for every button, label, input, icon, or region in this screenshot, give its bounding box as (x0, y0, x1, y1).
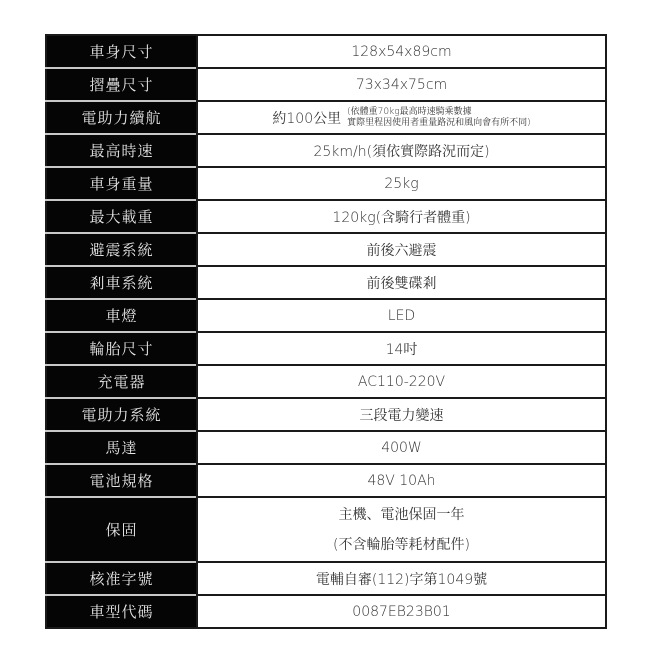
row-label: 車型代碼 (46, 595, 197, 628)
table-row-weight: 車身重量 25kg (46, 167, 606, 200)
table-row-warranty: 保固 主機、電池保固一年 (不含輪胎等耗材配件) (46, 497, 606, 562)
range-note-line2: 實際里程因使用者重量路況和風向會有所不同) (347, 118, 531, 128)
row-value: 主機、電池保固一年 (不含輪胎等耗材配件) (197, 497, 606, 562)
row-label: 最大載重 (46, 200, 197, 233)
table-row-brakes: 剎車系統 前後雙碟剎 (46, 266, 606, 299)
range-note-line1: (依體重70kg最高時速騎乘數據 (347, 107, 472, 117)
table-row-body-size: 車身尺寸 128x54x89cm (46, 35, 606, 68)
row-label: 電助力續航 (46, 101, 197, 134)
row-value: 三段電力變速 (197, 398, 606, 431)
row-label: 核准字號 (46, 562, 197, 595)
row-label: 電助力系統 (46, 398, 197, 431)
row-value: 48V 10Ah (197, 464, 606, 497)
row-label: 充電器 (46, 365, 197, 398)
table-row-assist-system: 電助力系統 三段電力變速 (46, 398, 606, 431)
row-label: 車身重量 (46, 167, 197, 200)
row-label: 剎車系統 (46, 266, 197, 299)
row-label: 車身尺寸 (46, 35, 197, 68)
table-row-suspension: 避震系統 前後六避震 (46, 233, 606, 266)
row-value: 前後雙碟剎 (197, 266, 606, 299)
table-row-folded-size: 摺疊尺寸 73x34x75cm (46, 68, 606, 101)
table-row-battery: 電池規格 48V 10Ah (46, 464, 606, 497)
row-value: 25km/h(須依實際路況而定) (197, 134, 606, 167)
row-label: 輪胎尺寸 (46, 332, 197, 365)
table-row-motor: 馬達 400W (46, 431, 606, 464)
range-note: (依體重70kg最高時速騎乘數據實際里程因使用者重量路況和風向會有所不同) (347, 107, 531, 129)
row-value: 73x34x75cm (197, 68, 606, 101)
row-label: 最高時速 (46, 134, 197, 167)
table-row-max-load: 最大載重 120kg(含騎行者體重) (46, 200, 606, 233)
row-value: 25kg (197, 167, 606, 200)
table-row-model-code: 車型代碼 0087EB23B01 (46, 595, 606, 628)
row-value: 約100公里(依體重70kg最高時速騎乘數據實際里程因使用者重量路況和風向會有所… (197, 101, 606, 134)
table-row-charger: 充電器 AC110-220V (46, 365, 606, 398)
row-label: 馬達 (46, 431, 197, 464)
row-label: 電池規格 (46, 464, 197, 497)
table-row-approval-number: 核准字號 電輔自審(112)字第1049號 (46, 562, 606, 595)
row-label: 避震系統 (46, 233, 197, 266)
row-value: 電輔自審(112)字第1049號 (197, 562, 606, 595)
range-value: 約100公里 (272, 111, 341, 127)
row-value: 120kg(含騎行者體重) (197, 200, 606, 233)
row-value: AC110-220V (197, 365, 606, 398)
row-label: 摺疊尺寸 (46, 68, 197, 101)
row-label: 車燈 (46, 299, 197, 332)
table-row-range: 電助力續航 約100公里(依體重70kg最高時速騎乘數據實際里程因使用者重量路況… (46, 101, 606, 134)
table-row-tire-size: 輪胎尺寸 14吋 (46, 332, 606, 365)
table-row-top-speed: 最高時速 25km/h(須依實際路況而定) (46, 134, 606, 167)
row-value: LED (197, 299, 606, 332)
row-value: 前後六避震 (197, 233, 606, 266)
table-row-lights: 車燈 LED (46, 299, 606, 332)
spec-table: 車身尺寸 128x54x89cm 摺疊尺寸 73x34x75cm 電助力續航 約… (45, 34, 607, 629)
row-value: 0087EB23B01 (197, 595, 606, 628)
row-value: 14吋 (197, 332, 606, 365)
row-value: 400W (197, 431, 606, 464)
warranty-line1: 主機、電池保固一年 (198, 500, 605, 530)
row-value: 128x54x89cm (197, 35, 606, 68)
row-label: 保固 (46, 497, 197, 562)
warranty-line2: (不含輪胎等耗材配件) (198, 530, 605, 560)
